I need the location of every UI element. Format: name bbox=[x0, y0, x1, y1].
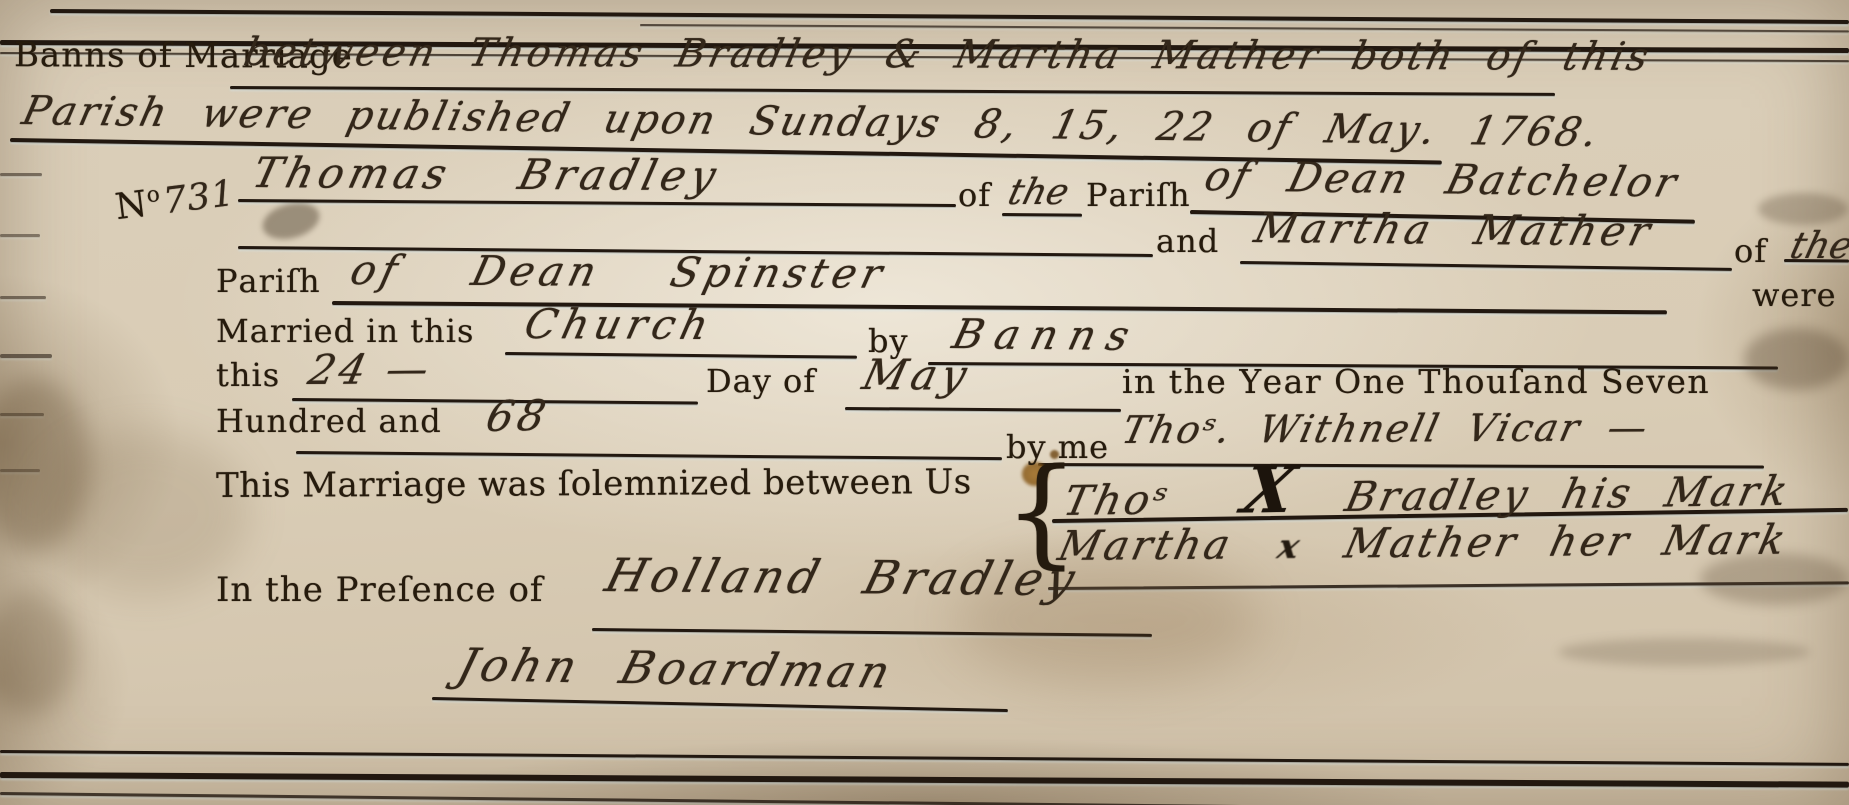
bride-parish: of Dean Spinster bbox=[346, 246, 892, 298]
day-of-label: Day of bbox=[706, 362, 816, 400]
rule-top-1 bbox=[50, 9, 1849, 24]
rule-month bbox=[845, 407, 1121, 412]
rule-groom-name bbox=[238, 199, 956, 207]
banns-fill-line1: between Thomas Bradley & Martha Mather b… bbox=[240, 30, 1656, 80]
entry-number-prefix: N bbox=[113, 184, 150, 229]
bride-signature: Martha x Mather her Mark bbox=[1054, 516, 1793, 570]
margin-stub bbox=[0, 296, 46, 299]
marriage-place: Church bbox=[520, 300, 719, 349]
groom-the: the bbox=[1004, 172, 1073, 213]
of-label-groom: of bbox=[958, 176, 991, 214]
groom-name: Thomas Bradley bbox=[248, 148, 726, 200]
marriage-method: Banns bbox=[948, 310, 1145, 360]
bride-signature-rest: Mather her Mark bbox=[1340, 516, 1793, 568]
margin-stub bbox=[0, 173, 42, 176]
ink-bleed-mark bbox=[1558, 638, 1810, 666]
paper-stain bbox=[0, 592, 76, 714]
parish-label-groom: Pariſh bbox=[1086, 176, 1191, 214]
entry-number-sup: o bbox=[145, 182, 162, 209]
marriage-year: 68 bbox=[482, 391, 554, 441]
register-page: Banns of Marriage between Thomas Bradley… bbox=[0, 0, 1849, 805]
groom-signature-rest: Bradley his Mark bbox=[1341, 467, 1795, 521]
rule-witness-2 bbox=[432, 697, 1008, 712]
ink-bleed-mark bbox=[1758, 193, 1848, 225]
rule-bride-name bbox=[1240, 261, 1732, 271]
presence-label: In the Preſence of bbox=[216, 570, 544, 610]
witness-2-signature: John Boardman bbox=[452, 638, 900, 698]
groom-x-mark: X bbox=[1236, 453, 1305, 529]
marriage-day: 24 — bbox=[304, 345, 437, 394]
entry-number: No731 bbox=[113, 173, 237, 228]
parish-label-bride: Pariſh bbox=[216, 262, 321, 300]
groom-parish: of Dean Batchelor bbox=[1200, 152, 1684, 206]
rule-bottom-3 bbox=[0, 792, 1400, 805]
rule-groom-the bbox=[1002, 213, 1082, 217]
were-label: were bbox=[1752, 276, 1837, 314]
margin-stub bbox=[0, 234, 40, 237]
and-label: and bbox=[1156, 222, 1219, 260]
rule-year bbox=[296, 451, 1002, 460]
bride-name: Martha Mather bbox=[1250, 204, 1659, 255]
ink-smudge bbox=[259, 197, 324, 245]
hundred-and-label: Hundred and bbox=[216, 402, 442, 440]
groom-signature-given: Thoˢ bbox=[1059, 475, 1175, 525]
margin-stub bbox=[0, 354, 52, 358]
bride-x-mark: x bbox=[1274, 527, 1306, 567]
of-label-bride: of bbox=[1734, 232, 1767, 270]
rule-church bbox=[505, 352, 857, 359]
rule-bottom-1 bbox=[0, 750, 1849, 766]
rule-bottom-2 bbox=[0, 772, 1849, 788]
officiant-signature: Thoˢ. Withnell Vicar — bbox=[1118, 405, 1654, 452]
year-printed-label: in the Year One Thouſand Seven bbox=[1122, 362, 1710, 401]
solemnized-label: This Marriage was ſolemnized between Us bbox=[216, 462, 972, 506]
marriage-month: May bbox=[858, 350, 976, 399]
ink-bleed-mark bbox=[1744, 328, 1849, 390]
this-label: this bbox=[216, 356, 280, 394]
witness-1-signature: Holland Bradley bbox=[600, 548, 1085, 606]
entry-number-value: 731 bbox=[161, 173, 237, 222]
bride-the: the bbox=[1786, 224, 1849, 267]
